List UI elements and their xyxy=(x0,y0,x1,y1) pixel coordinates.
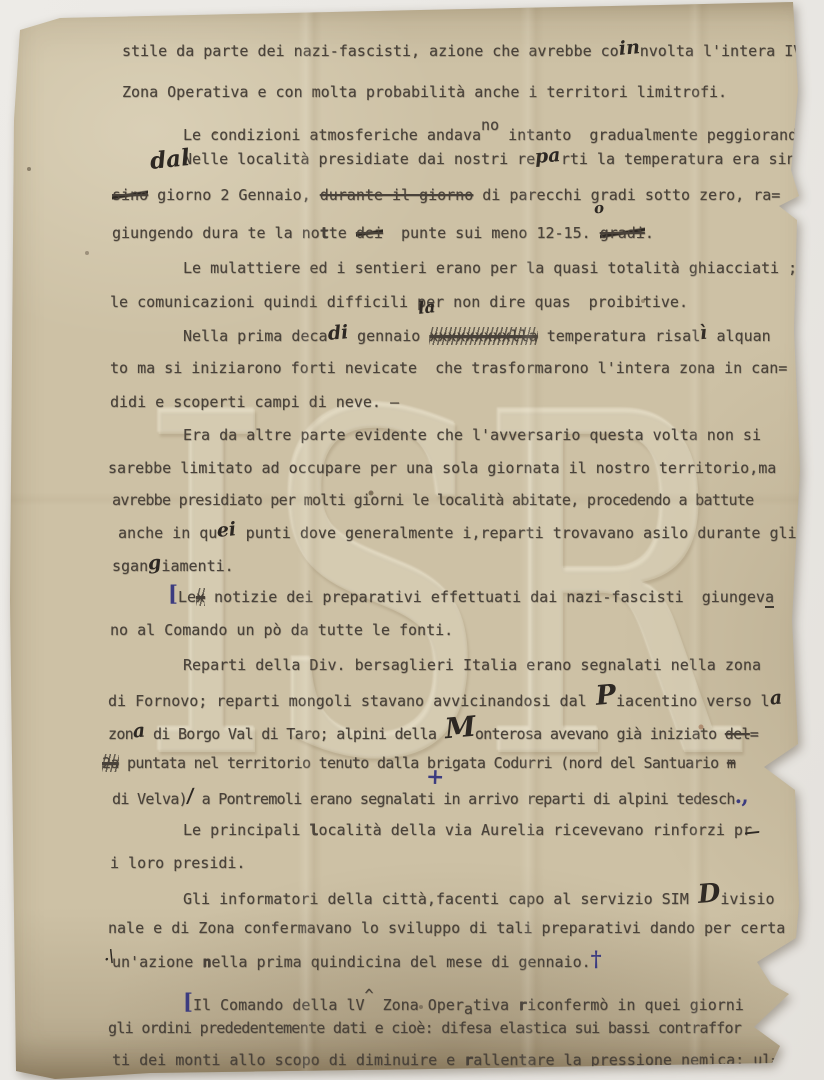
text-segment: didi e scoperti campi di neve. — xyxy=(110,393,399,411)
handwritten-correction: P xyxy=(595,685,617,707)
typed-line: anche in quei punti dove generalmente i,… xyxy=(118,522,797,543)
text-segment: allentare la pressione nemica; ul= xyxy=(473,1051,780,1069)
text-segment: iacentino verso l xyxy=(616,692,770,710)
text-segment: Reparti della Div. bersaglieri Italia er… xyxy=(183,656,761,674)
text-segment: i loro presidi. xyxy=(110,854,245,872)
typed-line: di Velva)/ a Pontremoli erano segnalati … xyxy=(112,787,748,809)
handwritten-correction: di xyxy=(326,322,348,344)
text-segment: alquan xyxy=(707,327,770,345)
text-segment: Nelle località presidiate dai nostri re xyxy=(183,150,535,168)
text-segment: di parecchi gradi sotto zero, ra= xyxy=(473,186,780,204)
typed-line: [Lex notizie dei preparativi effettuati … xyxy=(168,585,774,607)
text-segment: te xyxy=(329,224,356,242)
handwritten-correction: pa xyxy=(534,145,561,167)
text-segment: iamenti. xyxy=(161,557,233,575)
typed-line: [Il Comando della lV^ Zona Operativa ric… xyxy=(183,985,744,1019)
text-segment: punti dove generalmente i,reparti trovav… xyxy=(237,524,797,542)
typed-line: zona di Borgo Val di Taro; alpini della … xyxy=(108,720,758,744)
text-segment: tiva xyxy=(473,996,518,1014)
blue-ink-mark: ., xyxy=(735,786,748,806)
typed-line: Nella prima decadi gennaio xxxxxxxxxlla … xyxy=(183,325,771,346)
text-segment: Le condizioni atmosferiche andava xyxy=(183,126,481,144)
text-segment: del xyxy=(725,725,750,743)
typed-line: Era da altre parte evidente che l'avvers… xyxy=(183,425,761,445)
handwritten-correction: D xyxy=(697,883,721,905)
text-segment: Gli informatori della città,facenti capo… xyxy=(183,890,698,908)
text-segment: temperatura risal xyxy=(538,327,701,345)
text-segment: 2a xyxy=(102,754,119,772)
typed-line: to ma si iniziarono forti nevicate che t… xyxy=(110,358,787,378)
text-segment: Le xyxy=(178,588,196,606)
text-segment: a xyxy=(765,588,774,608)
text-segment: Il Comando della lV xyxy=(193,996,365,1014)
typed-line: gli ordini prededentemente dati e cioè: … xyxy=(108,1018,741,1038)
text-segment: onterosa avevano già iniziato xyxy=(475,725,725,743)
handwritten-correction: M xyxy=(444,717,476,740)
typed-line: Le principali località della via Aurelia… xyxy=(183,820,752,840)
text-segment: ti dei monti allo scopo di diminuire e xyxy=(112,1051,464,1069)
text-segment: nale e di Zona confermavano lo sviluppo … xyxy=(108,919,785,937)
text-segment: r xyxy=(464,1051,473,1069)
text-segment: punte sui meno 12-15. xyxy=(383,224,600,242)
handwritten-correction: ì xyxy=(699,323,708,344)
text-segment: puntata nel territorio tenuto dalla brig… xyxy=(119,754,727,772)
text-segment: no al Comando un pò da tutte le fonti. xyxy=(110,621,453,639)
text-segment: x xyxy=(196,588,205,606)
text-segment: Zona Oper xyxy=(374,996,464,1014)
typed-line: i loro presidi. xyxy=(110,853,245,873)
typed-line: ti dei monti allo scopo di diminuire e r… xyxy=(112,1050,780,1070)
text-segment: anche in qu xyxy=(118,524,217,542)
text-segment: zon xyxy=(108,725,133,743)
text-segment: un'azione xyxy=(112,953,202,971)
text-segment: giungendo dura te la no xyxy=(112,224,320,242)
text-segment: sino xyxy=(112,186,148,204)
text-segment: no xyxy=(481,116,499,134)
text-segment: giorno 2 Gennaio, xyxy=(148,186,320,204)
text-segment: sarebbe limitato ad occupare per una sol… xyxy=(108,459,776,477)
paper-speckles xyxy=(0,0,2,2)
typed-line: di Fornovo; reparti mongoli stavano avvi… xyxy=(108,688,782,711)
text-segment: di Velva) xyxy=(112,790,187,808)
text-segment: n xyxy=(202,953,211,971)
typed-line: sarebbe limitato ad occupare per una sol… xyxy=(108,458,776,478)
handwritten-correction: a xyxy=(768,688,782,709)
text-segment: r xyxy=(518,996,527,1014)
text-segment: ivisio xyxy=(720,890,774,908)
text-segment: gradi xyxy=(600,224,645,242)
typed-line: Le condizioni atmosferiche andavano inta… xyxy=(183,115,806,145)
text-segment: m xyxy=(727,754,735,772)
text-segment: nvolta l'intera IV xyxy=(640,42,803,60)
text-segment: Zona Operativa e con molta probabilità a… xyxy=(122,83,727,101)
typed-line: stile da parte dei nazi-fascisti, azione… xyxy=(122,40,802,61)
typed-line: le comunicazioni quindi difficili per no… xyxy=(110,292,688,312)
text-segment: gli ordini prededentemente dati e cioè: … xyxy=(108,1019,741,1037)
text-segment: to ma si iniziarono forti nevicate che t… xyxy=(110,359,787,377)
text-segment: = xyxy=(750,725,758,743)
handwritten-correction: a xyxy=(132,721,145,742)
text-segment: Le mulattiere ed i sentieri erano per la… xyxy=(183,259,797,277)
text-segment: stile da parte dei nazi-fascisti, azione… xyxy=(122,42,619,60)
text-segment: sgan xyxy=(112,557,148,575)
text-segment: t xyxy=(320,224,329,242)
text-segment: dei xyxy=(356,224,383,242)
text-segment: ^ xyxy=(365,986,374,1004)
typed-line: Gli informatori della città,facenti capo… xyxy=(183,886,775,909)
text-segment: xxxxxxxxxlla xyxy=(429,327,537,345)
typed-line: no al Comando un pò da tutte le fonti. xyxy=(110,620,453,640)
text-segment: durante il giorno xyxy=(320,186,474,204)
typed-line: Le mulattiere ed i sentieri erano per la… xyxy=(183,258,797,278)
text-segment: a Pontremoli erano segnalati in arrivo r… xyxy=(193,790,735,808)
text-segment: Era da altre parte evidente che l'avvers… xyxy=(183,426,761,444)
text-segment: notizie dei preparativi effettuati dai n… xyxy=(205,588,765,606)
typed-line: Nelle località presidiate dai nostri rep… xyxy=(183,148,796,169)
typed-line: Reparti della Div. bersaglieri Italia er… xyxy=(183,655,761,675)
handwritten-correction: / xyxy=(186,786,194,806)
text-segment: gennaio xyxy=(348,327,429,345)
text-segment: di Fornovo; reparti mongoli stavano avvi… xyxy=(108,692,596,710)
typed-line: sino giorno 2 Gennaio, durante il giorno… xyxy=(112,185,780,205)
typed-line: didi e scoperti campi di neve. — xyxy=(110,392,399,412)
handwritten-correction: g xyxy=(147,552,162,573)
typed-line: avrebbe presidiato per molti giorni le l… xyxy=(112,490,753,510)
scan-background: ISR stile da parte dei nazi-fascisti, az… xyxy=(0,0,824,1080)
blue-ink-mark: [ xyxy=(183,992,193,1012)
handwritten-correction: ei xyxy=(216,519,237,541)
typed-line: 2a puntata nel territorio tenuto dalla b… xyxy=(102,753,735,773)
document-page: ISR stile da parte dei nazi-fascisti, az… xyxy=(0,0,824,1080)
text-segment: avrebbe presidiato per molti giorni le l… xyxy=(112,491,753,509)
typed-line: giungendo dura te la notte dei punte sui… xyxy=(112,223,654,243)
blue-ink-mark: [ xyxy=(168,584,178,604)
text-segment: iconfermò in quei giorni xyxy=(527,996,744,1014)
text-segment: ocalità della via Aurelia ricevevano rin… xyxy=(318,821,751,839)
typed-line: Zona Operativa e con molta probabilità a… xyxy=(122,82,727,102)
text-segment: Le principali xyxy=(183,821,309,839)
typed-line: sgangiamenti. xyxy=(112,555,234,576)
typed-line: nale e di Zona confermavano lo sviluppo … xyxy=(108,918,785,938)
text-segment: rti la temperatura era sin xyxy=(561,150,796,168)
text-segment: di Borgo Val di Taro; alpini della xyxy=(145,725,445,743)
text-segment: ella prima quindicina del mese di gennai… xyxy=(211,953,590,971)
text-segment: intanto gradualmente peggiorando xyxy=(499,126,806,144)
text-segment: Nella prima deca xyxy=(183,327,328,345)
typed-line: un'azione nella prima quindicina del mes… xyxy=(112,950,602,972)
handwritten-correction: in xyxy=(618,37,641,59)
text-segment: a xyxy=(464,1000,473,1018)
text-segment: . xyxy=(645,224,654,242)
blue-ink-mark: † xyxy=(591,949,602,969)
text-segment: le comunicazioni quindi difficili per no… xyxy=(110,293,688,311)
